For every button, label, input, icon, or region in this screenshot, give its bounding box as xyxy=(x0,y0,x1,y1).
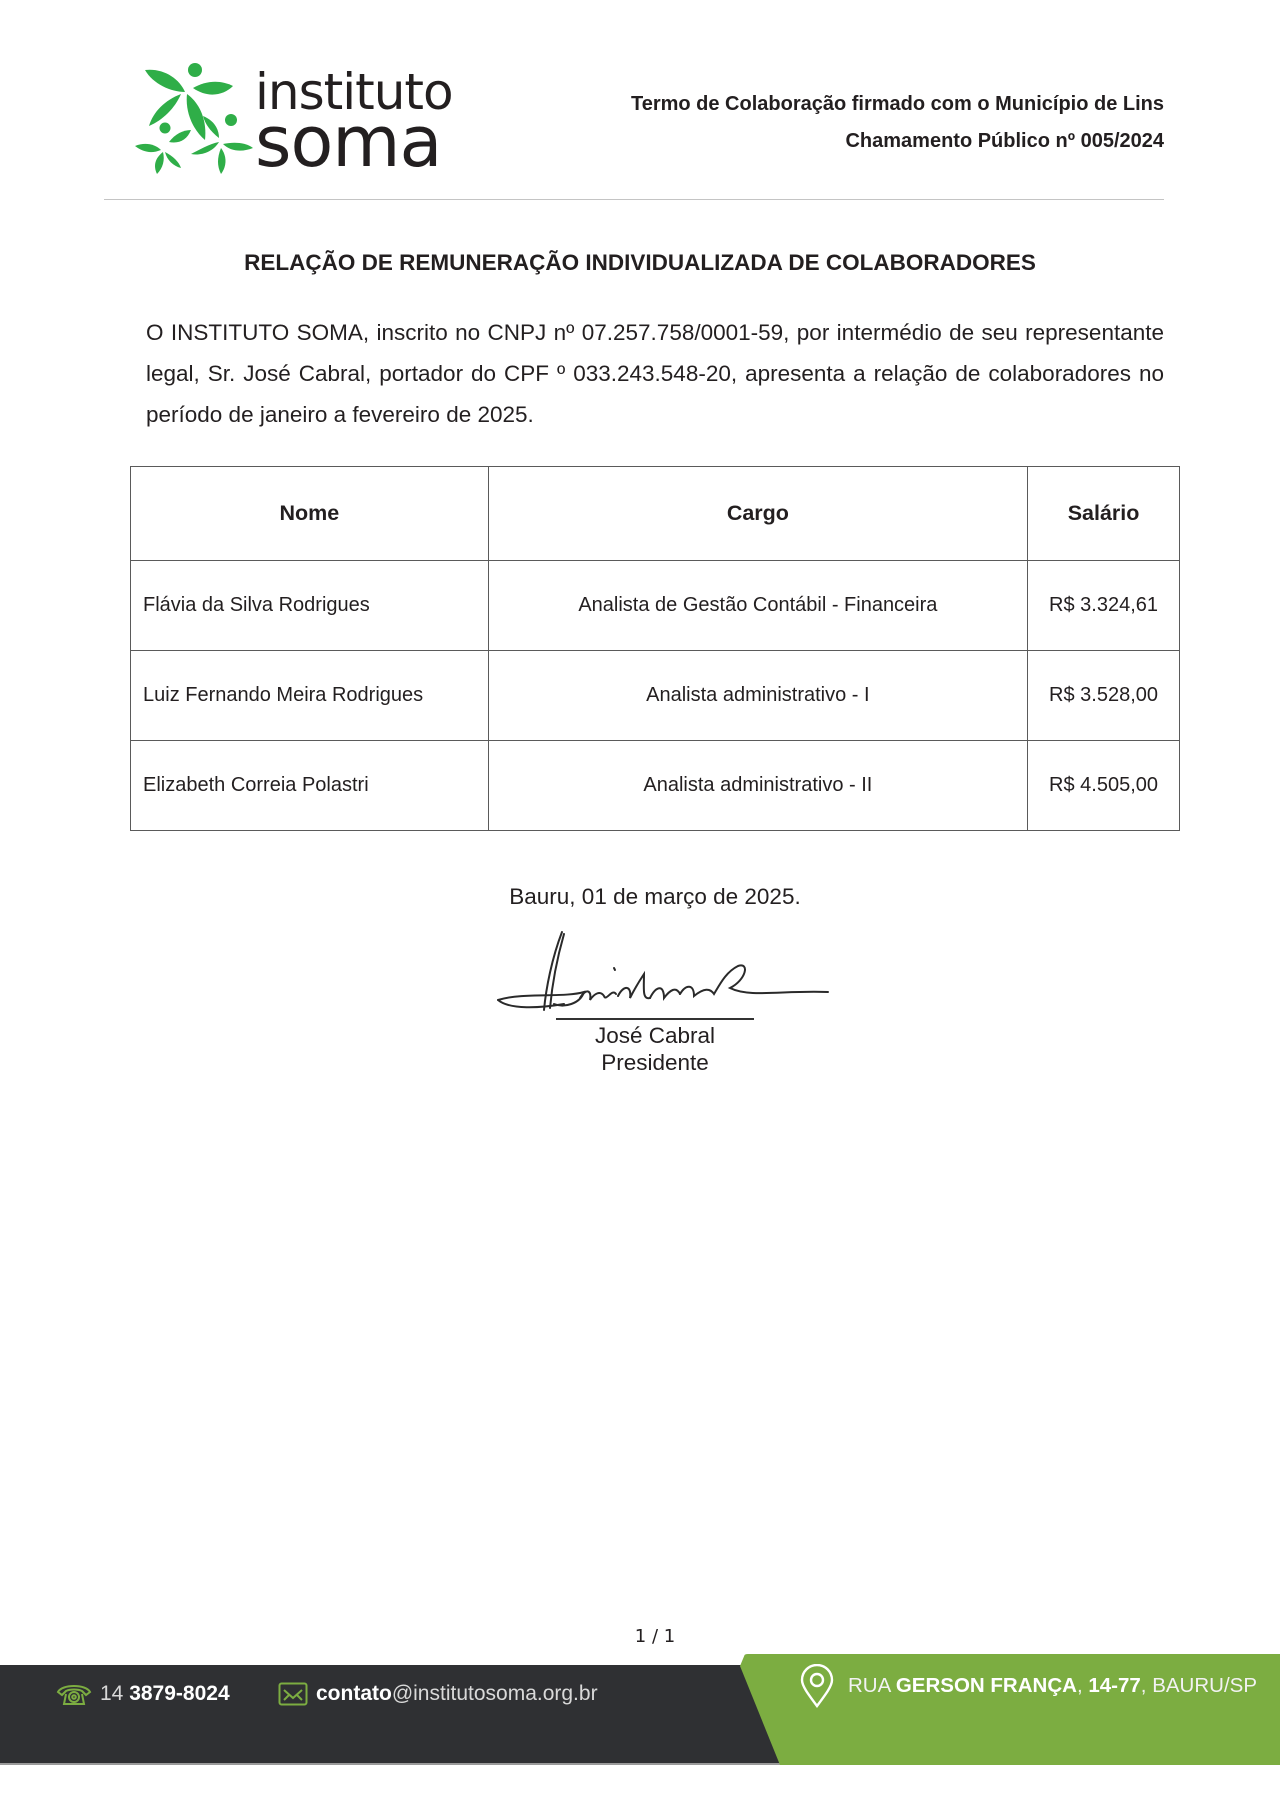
page-number: 1 / 1 xyxy=(0,1626,1280,1647)
footer-phone: 14 3879-8024 xyxy=(56,1679,230,1709)
address-prefix: RUA xyxy=(848,1674,896,1698)
cell-role: Analista administrativo - II xyxy=(488,741,1027,831)
three-people-leaf-icon xyxy=(135,62,253,174)
signer-role: Presidente xyxy=(555,1049,755,1076)
footer-email: contato@institutosoma.org.br xyxy=(278,1679,598,1709)
footer-bar: 14 3879-8024 contato@institutosoma.org.b… xyxy=(0,1665,1280,1765)
header-reference: Termo de Colaboração firmado com o Munic… xyxy=(631,86,1164,160)
intro-paragraph: O INSTITUTO SOMA, inscrito no CNPJ nº 07… xyxy=(146,312,1164,435)
table-row: Flávia da Silva Rodrigues Analista de Ge… xyxy=(131,561,1180,651)
cell-salary: R$ 3.324,61 xyxy=(1028,561,1180,651)
institute-logo: instituto soma xyxy=(135,62,455,177)
header-term-line: Termo de Colaboração firmado com o Munic… xyxy=(631,86,1164,123)
signer-block: José Cabral Presidente xyxy=(555,1022,755,1076)
cell-role: Analista administrativo - I xyxy=(488,651,1027,741)
signature-line xyxy=(556,1018,754,1020)
signer-name: José Cabral xyxy=(555,1022,755,1049)
cell-name: Luiz Fernando Meira Rodrigues xyxy=(131,651,489,741)
cell-salary: R$ 4.505,00 xyxy=(1028,741,1180,831)
cell-salary: R$ 3.528,00 xyxy=(1028,651,1180,741)
table-header-row: Nome Cargo Salário xyxy=(131,467,1180,561)
header-divider xyxy=(104,199,1164,200)
address-street: GERSON FRANÇA xyxy=(896,1674,1077,1698)
phone-area-code: 14 xyxy=(100,1682,123,1706)
footer-address: RUA GERSON FRANÇA, 14-77, BAURU/SP xyxy=(800,1671,1257,1701)
handwritten-signature xyxy=(494,928,834,1018)
cell-role: Analista de Gestão Contábil - Financeira xyxy=(488,561,1027,651)
table-row: Luiz Fernando Meira Rodrigues Analista a… xyxy=(131,651,1180,741)
column-header-salary: Salário xyxy=(1028,467,1180,561)
column-header-role: Cargo xyxy=(488,467,1027,561)
cell-name: Elizabeth Correia Polastri xyxy=(131,741,489,831)
document-title: RELAÇÃO DE REMUNERAÇÃO INDIVIDUALIZADA D… xyxy=(0,250,1280,276)
collaborators-table: Nome Cargo Salário Flávia da Silva Rodri… xyxy=(130,466,1180,831)
email-user: contato xyxy=(316,1682,392,1706)
address-separator: , xyxy=(1077,1674,1088,1698)
column-header-name: Nome xyxy=(131,467,489,561)
email-domain: @institutosoma.org.br xyxy=(392,1682,598,1706)
phone-number: 3879-8024 xyxy=(129,1682,229,1706)
envelope-icon xyxy=(278,1682,308,1706)
place-and-date: Bauru, 01 de março de 2025. xyxy=(0,884,1280,910)
map-pin-icon xyxy=(800,1664,834,1708)
cell-name: Flávia da Silva Rodrigues xyxy=(131,561,489,651)
address-city: , BAURU/SP xyxy=(1141,1674,1257,1698)
table-row: Elizabeth Correia Polastri Analista admi… xyxy=(131,741,1180,831)
logo-word-soma: soma xyxy=(255,106,441,178)
address-number: 14-77 xyxy=(1088,1674,1140,1698)
telephone-icon xyxy=(56,1682,92,1706)
header-call-line: Chamamento Público nº 005/2024 xyxy=(631,123,1164,160)
